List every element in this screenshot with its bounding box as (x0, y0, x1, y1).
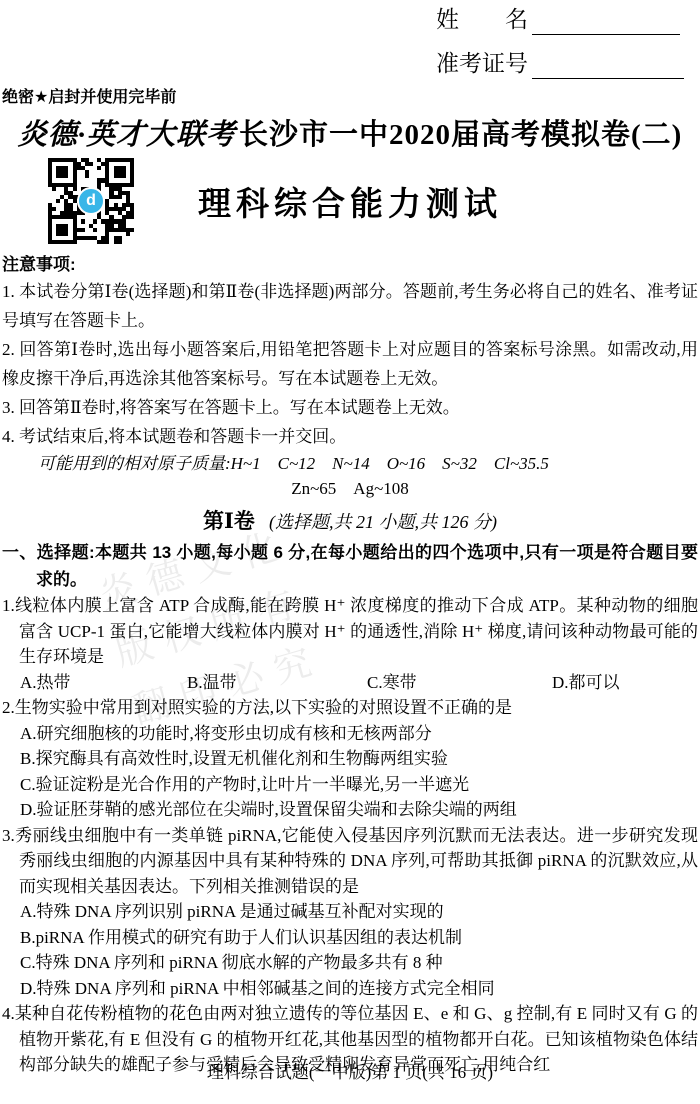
option-d: D.都可以 (552, 670, 698, 696)
option-a: A.特殊 DNA 序列识别 piRNA 是通过碱基互补配对实现的 (2, 899, 698, 925)
paper-body: 注意事项: 1. 本试卷分第Ⅰ卷(选择题)和第Ⅱ卷(非选择题)两部分。答题前,考… (0, 252, 700, 1078)
section-title: 第Ⅰ卷 (203, 509, 255, 533)
name-field-row: 姓 名 (436, 4, 684, 35)
section-heading: 第Ⅰ卷 (选择题,共 21 小题,共 126 分) (2, 505, 698, 539)
name-label: 姓 名 (436, 5, 528, 35)
ticket-number-label: 准考证号 (436, 49, 528, 79)
notice-item-2: 2. 回答第Ⅰ卷时,选出每小题答案后,用铅笔把答题卡上对应题目的答案标号涂黑。如… (2, 335, 698, 393)
question-3-text: 3.秀丽线虫细胞中有一类单链 piRNA,它能使入侵基因序列沉默而无法表达。进一… (2, 823, 698, 900)
exam-page: 炎德文化 版权所有 翻印必究 姓 名 准考证号 绝密★启封并使用完毕前 炎德·英… (0, 0, 700, 1104)
question-2-text: 2.生物实验中常用到对照实验的方法,以下实验的对照设置不正确的是 (2, 695, 698, 721)
option-a: A.热带 (20, 670, 187, 696)
option-a: A.研究细胞核的功能时,将变形虫切成有核和无核两部分 (2, 721, 698, 747)
page-footer: 理科综合试题(一中版)第 1 页(共 16 页) (0, 1058, 700, 1083)
option-b: B.温带 (187, 670, 367, 696)
option-c: C.特殊 DNA 序列和 piRNA 彻底水解的产物最多共有 8 种 (2, 950, 698, 976)
notice-heading: 注意事项: (2, 252, 698, 277)
atomic-mass-line-2: Zn~65 Ag~108 (2, 476, 698, 501)
section-note: (选择题,共 21 小题,共 126 分) (269, 512, 497, 532)
qr-logo-icon: d (77, 187, 105, 215)
option-d: D.验证胚芽鞘的感光部位在尖端时,设置保留尖端和去除尖端的两组 (2, 797, 698, 823)
subject-header-row: d 理科综合能力测试 (0, 156, 700, 252)
ticket-blank-line (532, 48, 684, 79)
option-b: B.探究酶具有高效性时,设置无机催化剂和生物酶两组实验 (2, 746, 698, 772)
exam-title-brand: 炎德·英才大联考 (18, 119, 236, 151)
choice-section-instruction: 一、选择题:本题共 13 小题,每小题 6 分,在每小题给出的四个选项中,只有一… (2, 539, 698, 593)
option-c: C.寒带 (367, 670, 552, 696)
candidate-info-block: 姓 名 准考证号 (436, 4, 684, 92)
exam-title-rest: 长沙市一中2020届高考模拟卷(二) (239, 119, 682, 151)
question-1-text: 1.线粒体内膜上富含 ATP 合成酶,能在跨膜 H⁺ 浓度梯度的推动下合成 AT… (2, 593, 698, 670)
name-blank-line (532, 4, 680, 35)
option-c: C.验证淀粉是光合作用的产物时,让叶片一半曝光,另一半遮光 (2, 772, 698, 798)
question-1-options: A.热带 B.温带 C.寒带 D.都可以 (2, 670, 698, 696)
notice-item-3: 3. 回答第Ⅱ卷时,将答案写在答题卡上。写在本试题卷上无效。 (2, 393, 698, 422)
exam-title: 炎德·英才大联考长沙市一中2020届高考模拟卷(二) (0, 116, 700, 154)
option-d: D.特殊 DNA 序列和 piRNA 中相邻碱基之间的连接方式完全相同 (2, 976, 698, 1002)
option-b: B.piRNA 作用模式的研究有助于人们认识基因组的表达机制 (2, 925, 698, 951)
atomic-mass-line-1: 可能用到的相对原子质量:H~1 C~12 N~14 O~16 S~32 Cl~3… (2, 451, 698, 476)
ticket-field-row: 准考证号 (436, 48, 684, 79)
qr-code: d (48, 158, 134, 244)
notice-item-4: 4. 考试结束后,将本试题卷和答题卡一并交回。 (2, 422, 698, 451)
notice-item-1: 1. 本试卷分第Ⅰ卷(选择题)和第Ⅱ卷(非选择题)两部分。答题前,考生务必将自己… (2, 277, 698, 335)
